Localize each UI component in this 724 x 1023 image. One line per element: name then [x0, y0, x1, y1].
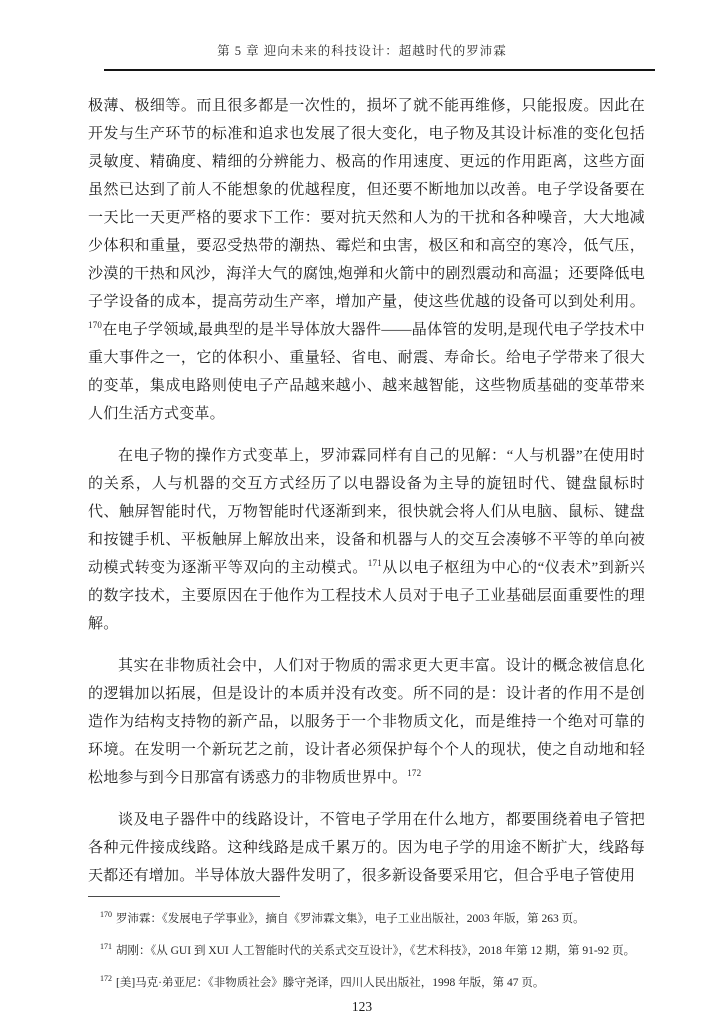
page-header: 第 5 章 迎向未来的科技设计：超越时代的罗沛霖: [0, 0, 724, 71]
footnote-item: 170罗沛霖：《发展电子学事业》，摘自《罗沛霖文集》，电子工业出版社，2003 …: [100, 901, 660, 933]
paragraph: 在电子物的操作方式变革上，罗沛霖同样有自己的见解：“人与机器”在使用时的关系，人…: [88, 442, 645, 638]
footnote-marker: 172: [100, 974, 112, 983]
paragraph: 其实在非物质社会中，人们对于物质的需求更大更丰富。设计的概念被信息化的逻辑加以拓…: [88, 652, 645, 792]
page-content: 极薄、极细等。而且很多都是一次性的，损坏了就不能再维修，只能报废。因此在开发与生…: [0, 92, 724, 890]
footnote-ref-171: 171: [368, 558, 382, 568]
paragraph-text: 极薄、极细等。而且很多都是一次性的，损坏了就不能再维修，只能报废。因此在开发与生…: [88, 98, 645, 310]
paragraph: 极薄、极细等。而且很多都是一次性的，损坏了就不能再维修，只能报废。因此在开发与生…: [88, 92, 645, 428]
footnote-text: 胡刚：《从 GUI 到 XUI 人工智能时代的关系式交互设计》，《艺术科技》，2…: [116, 945, 635, 957]
header-rule: [104, 69, 655, 71]
document-page: 第 5 章 迎向未来的科技设计：超越时代的罗沛霖 极薄、极细等。而且很多都是一次…: [0, 0, 724, 1023]
footnote-ref-170: 170: [88, 320, 102, 330]
chapter-title: 第 5 章 迎向未来的科技设计：超越时代的罗沛霖: [0, 42, 724, 60]
footnote-text: 罗沛霖：《发展电子学事业》，摘自《罗沛霖文集》，电子工业出版社，2003 年版，…: [116, 913, 585, 925]
footnote-ref-172: 172: [407, 768, 421, 778]
footnote-marker: 170: [100, 910, 112, 919]
paragraph-text: 谈及电子器件中的线路设计，不管电子学用在什么地方，都要围绕着电子管把各种元件接成…: [88, 812, 645, 884]
paragraph: 谈及电子器件中的线路设计，不管电子学用在什么地方，都要围绕着电子管把各种元件接成…: [88, 806, 645, 890]
paragraph-text: 在电子物的操作方式变革上，罗沛霖同样有自己的见解：“人与机器”在使用时的关系，人…: [88, 448, 645, 576]
footnote-item: 171胡刚：《从 GUI 到 XUI 人工智能时代的关系式交互设计》，《艺术科技…: [100, 933, 660, 965]
footnote-item: 172[美]马克·弟亚尼：《非物质社会》滕守尧译，四川人民出版社，1998 年版…: [100, 965, 660, 997]
paragraph-text: 在电子学领域,最典型的是半导体放大器件——晶体管的发明,是现代电子学技术中重大事…: [88, 322, 645, 422]
page-number: 123: [0, 999, 724, 1015]
footnotes: 170罗沛霖：《发展电子学事业》，摘自《罗沛霖文集》，电子工业出版社，2003 …: [0, 897, 724, 996]
footnote-text: [美]马克·弟亚尼：《非物质社会》滕守尧译，四川人民出版社，1998 年版，第 …: [116, 976, 544, 988]
paragraph-text: 其实在非物质社会中，人们对于物质的需求更大更丰富。设计的概念被信息化的逻辑加以拓…: [88, 658, 645, 786]
footnote-marker: 171: [100, 942, 112, 951]
